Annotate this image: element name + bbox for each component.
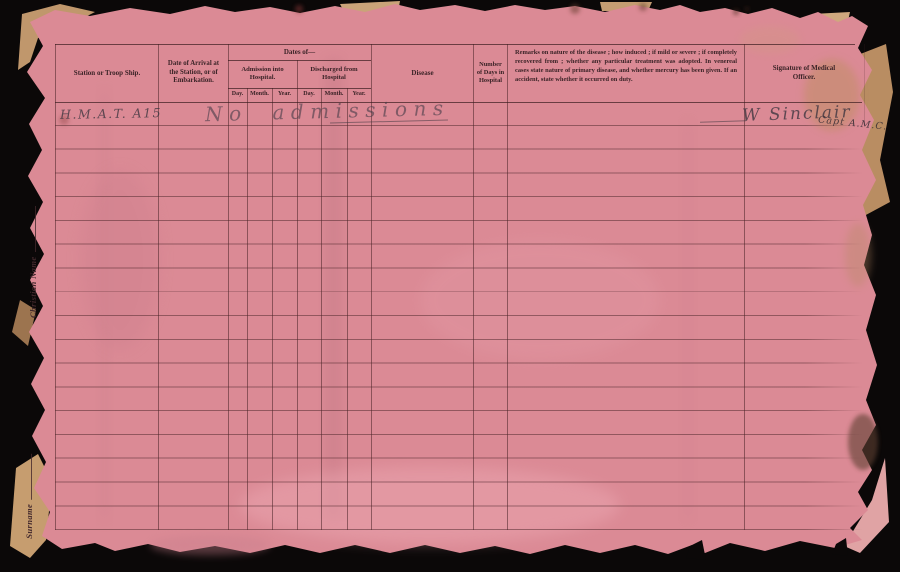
header-signature: Signature of Medical Officer. xyxy=(745,44,863,102)
christian-name-text: Christian Name xyxy=(28,256,38,318)
header-disease: Disease xyxy=(372,44,473,102)
scanned-medical-register-page: Station or Troop Ship. Date of Arrival a… xyxy=(0,0,900,572)
header-station: Station or Troop Ship. xyxy=(56,44,158,102)
header-dates-of: Dates of— xyxy=(228,44,371,60)
handwritten-ship-entry: H.M.A.T. A15 xyxy=(60,105,162,122)
grid-line xyxy=(864,44,865,124)
header-admission-group: Admission into Hospital. xyxy=(229,60,296,88)
table-body-rows xyxy=(55,102,862,530)
header-remarks: Remarks on nature of the disease ; how i… xyxy=(508,45,744,102)
header-discharged-group: Discharged from Hospital xyxy=(298,60,370,88)
surname-text: Surname xyxy=(24,504,34,539)
header-days-in-hospital: Number of Days in Hospital xyxy=(474,44,507,102)
header-arrival: Date of Arrival at the Station, or of Em… xyxy=(159,44,228,102)
margin-label-surname: Surname xyxy=(24,453,34,538)
header-admission-day: Day. xyxy=(228,88,247,102)
margin-label-christian-name: Christian Name xyxy=(28,206,38,318)
